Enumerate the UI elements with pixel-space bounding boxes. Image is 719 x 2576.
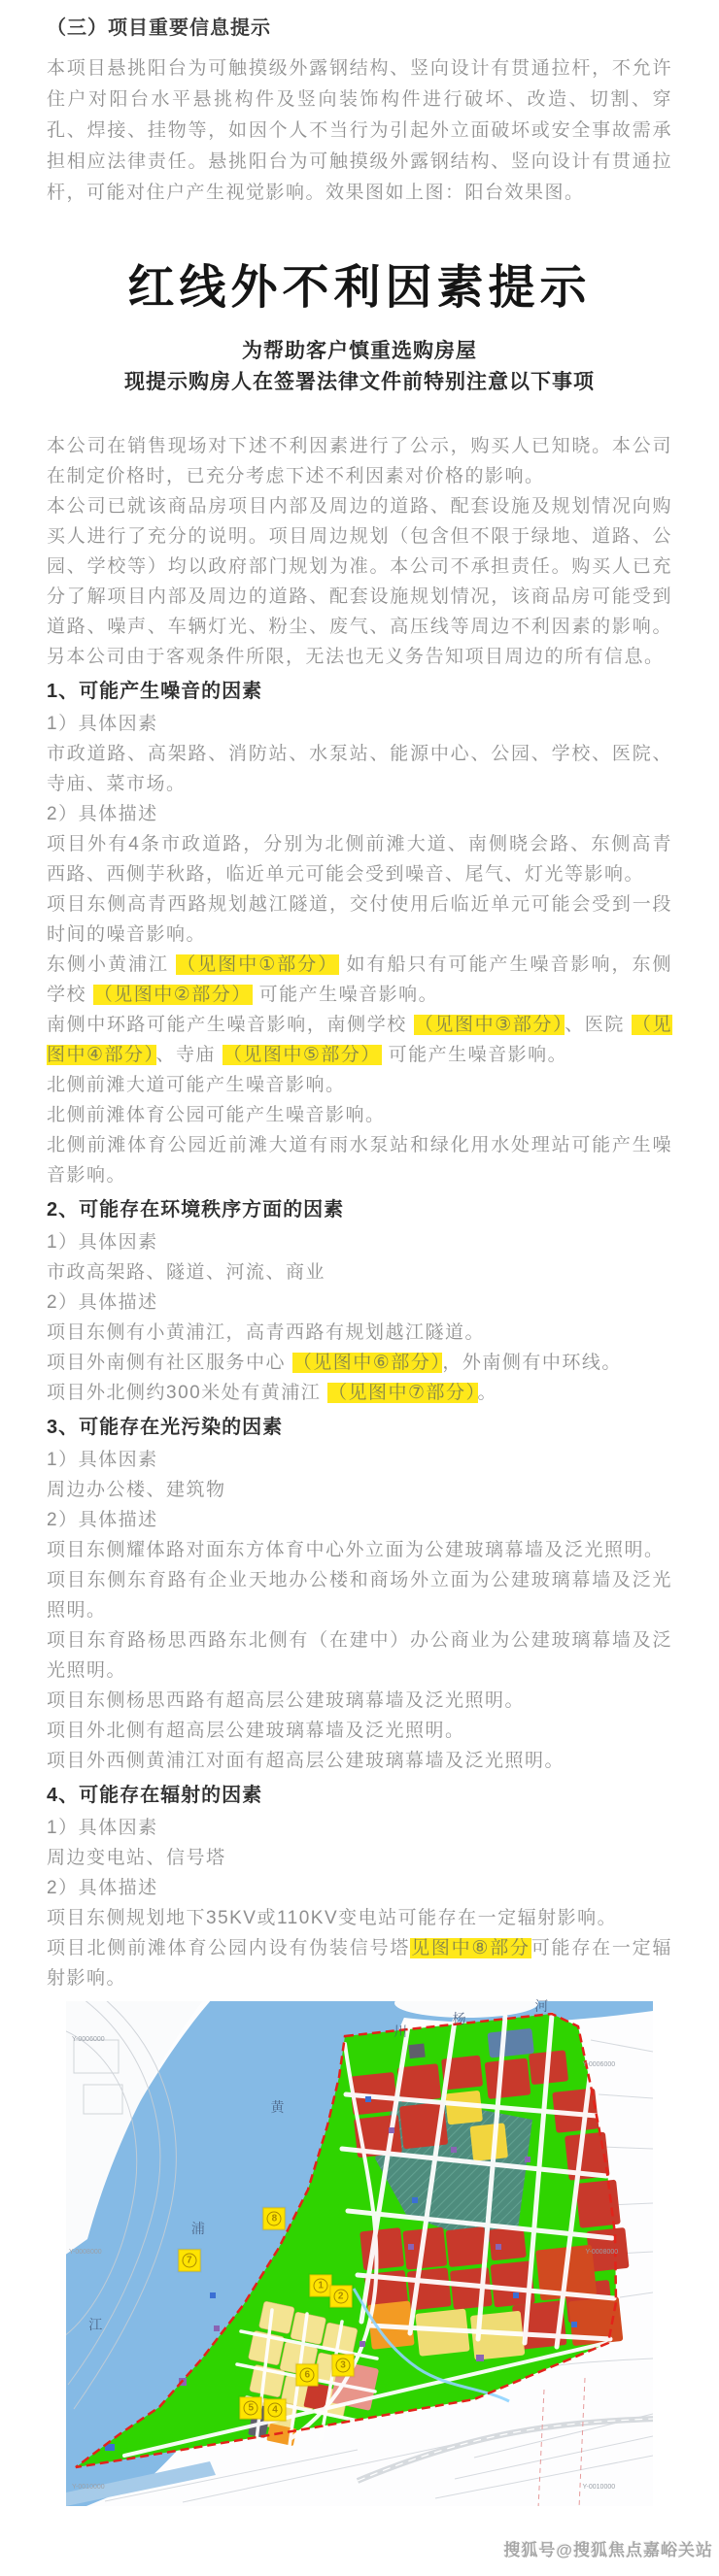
document-root: { "intro": { "heading": "（三）项目重要信息提示", "…	[0, 0, 719, 2576]
map-marker-3: 3	[332, 2354, 355, 2376]
watermark: 搜狐号@搜狐焦点嘉峪关站	[503, 2536, 713, 2560]
section-item: 市政高架路、隧道、河流、商业	[47, 1257, 672, 1288]
map-coordinate-label: Y-0006000	[72, 2036, 105, 2043]
figure-ref-highlight: （见图中⑤部分）	[223, 1045, 382, 1065]
section-item: 1）具体因素	[47, 709, 672, 739]
section-item: 周边变电站、信号塔	[47, 1843, 672, 1873]
map-coordinate-label: Y-0006000	[583, 2061, 616, 2068]
figure-ref-highlight: （见图中③部分）	[414, 1015, 565, 1035]
section-item: 项目外南侧有社区服务中心 （见图中⑥部分），外南侧有中环线。	[47, 1348, 672, 1378]
river-label: 河	[534, 1996, 548, 2016]
map-marker-5: 5	[240, 2397, 262, 2420]
section-item: 项目外有4条市政道路，分别为北侧前滩大道、南侧晓会路、东侧高青西路、西侧芋秋路，…	[47, 829, 672, 889]
map-marker-4: 4	[264, 2399, 287, 2422]
map-marker-7: 7	[178, 2249, 200, 2271]
figure-ref-highlight: （见图中②部分）	[93, 985, 253, 1005]
subtitle-line-2: 现提示购房人在签署法律文件前特别注意以下事项	[47, 367, 672, 398]
map-marker-8: 8	[263, 2207, 286, 2229]
map-coordinate-label: Y-0010000	[72, 2484, 105, 2491]
section-item: 南侧中环路可能产生噪音影响，南侧学校 （见图中③部分）、医院 （见图中④部分）、…	[47, 1010, 672, 1070]
subtitle-line-1: 为帮助客户慎重选购房屋	[47, 336, 672, 367]
river-label: 川	[394, 2022, 407, 2041]
section-item: 项目外西侧黄浦江对面有超高层公建玻璃幕墙及泛光照明。	[47, 1746, 672, 1776]
river-label: 杨	[453, 2009, 466, 2028]
section-item: 项目外北侧有超高层公建玻璃幕墙及泛光照明。	[47, 1716, 672, 1746]
section-item: 北侧前滩体育公园近前滩大道有雨水泵站和绿化用水处理站可能产生噪音影响。	[47, 1130, 672, 1190]
section-item: 北侧前滩体育公园可能产生噪音影响。	[47, 1100, 672, 1130]
section-item: 市政道路、高架路、消防站、水泵站、能源中心、公园、学校、医院、寺庙、菜市场。	[47, 739, 672, 799]
section-item: 1）具体因素	[47, 1445, 672, 1475]
section-heading: 4、可能存在辐射的因素	[47, 1781, 672, 1811]
section-item: 2）具体描述	[47, 799, 672, 829]
figure-ref-highlight: （见图中①部分）	[176, 954, 339, 975]
page-title: 红线外不利因素提示	[47, 250, 672, 317]
disclaimer-paragraphs: 本公司在销售现场对下述不利因素进行了公示，购买人已知晓。本公司在制定价格时，已充…	[47, 431, 672, 672]
section-item: 项目东侧高青西路规划越江隧道，交付使用后临近单元可能会受到一段时间的噪音影响。	[47, 889, 672, 950]
section-item: 项目东侧耀体路对面东方体育中心外立面为公建玻璃幕墙及泛光照明。	[47, 1535, 672, 1565]
map-marker-2: 2	[329, 2286, 352, 2308]
section-item: 2）具体描述	[47, 1873, 672, 1903]
figure-ref-highlight: 见图中⑧部分	[410, 1938, 531, 1958]
section-heading: 2、可能存在环境秩序方面的因素	[47, 1195, 672, 1225]
river-label: 浦	[191, 2219, 205, 2238]
planning-map: 12345678黄浦江川杨河Y-0006000Y-0008000Y-001000…	[66, 2001, 653, 2506]
river-label: 江	[88, 2315, 102, 2334]
map-coordinate-label: Y-0008000	[586, 2249, 619, 2256]
section-heading: 3、可能存在光污染的因素	[47, 1413, 672, 1443]
section-item: 东侧小黄浦江 （见图中①部分） 如有船只有可能产生噪音影响，东侧学校 （见图中②…	[47, 950, 672, 1010]
section-item: 项目东育路杨思西路东北侧有（在建中）办公商业为公建玻璃幕墙及泛光照明。	[47, 1625, 672, 1686]
section-item: 2）具体描述	[47, 1288, 672, 1318]
map-marker-1: 1	[310, 2274, 332, 2296]
paragraph: 本公司已就该商品房项目内部及周边的道路、配套设施及规划情况向购买人进行了充分的说…	[47, 491, 672, 672]
factor-sections: 1、可能产生噪音的因素1）具体因素市政道路、高架路、消防站、水泵站、能源中心、公…	[47, 677, 672, 1993]
section-item: 1）具体因素	[47, 1227, 672, 1257]
map-marker-6: 6	[296, 2363, 319, 2386]
section-item: 周边办公楼、建筑物	[47, 1475, 672, 1505]
figure-ref-highlight: （见图中⑥部分）	[292, 1353, 443, 1373]
map-coordinate-label: Y-0008000	[69, 2249, 102, 2256]
map-coordinate-label: Y-0010000	[583, 2484, 616, 2491]
page: （三）项目重要信息提示 本项目悬挑阳台为可触摸级外露钢结构、竖向设计有贯通拉杆，…	[0, 0, 719, 2506]
section-item: 项目外北侧约300米处有黄浦江 （见图中⑦部分）。	[47, 1378, 672, 1408]
paragraph: 本公司在销售现场对下述不利因素进行了公示，购买人已知晓。本公司在制定价格时，已充…	[47, 431, 672, 491]
section-item: 1）具体因素	[47, 1813, 672, 1843]
section-item: 项目北侧前滩体育公园内设有伪装信号塔见图中⑧部分可能存在一定辐射影响。	[47, 1933, 672, 1993]
figure-ref-highlight: （见图中⑦部分）	[327, 1383, 478, 1403]
section-item: 项目东侧东育路有企业天地办公楼和商场外立面为公建玻璃幕墙及泛光照明。	[47, 1565, 672, 1625]
planning-map-image	[66, 2001, 653, 2506]
section-item: 2）具体描述	[47, 1505, 672, 1535]
section-item: 项目东侧有小黄浦江，高青西路有规划越江隧道。	[47, 1318, 672, 1348]
section-item: 项目东侧杨思西路有超高层公建玻璃幕墙及泛光照明。	[47, 1686, 672, 1716]
section-item: 项目东侧规划地下35KV或110KV变电站可能存在一定辐射影响。	[47, 1903, 672, 1933]
section-item: 北侧前滩大道可能产生噪音影响。	[47, 1070, 672, 1100]
river-label: 黄	[270, 2097, 284, 2117]
intro-heading: （三）项目重要信息提示	[47, 12, 672, 40]
intro-body: 本项目悬挑阳台为可触摸级外露钢结构、竖向设计有贯通拉杆，不允许住户对阳台水平悬挑…	[47, 53, 672, 209]
section-heading: 1、可能产生噪音的因素	[47, 677, 672, 707]
